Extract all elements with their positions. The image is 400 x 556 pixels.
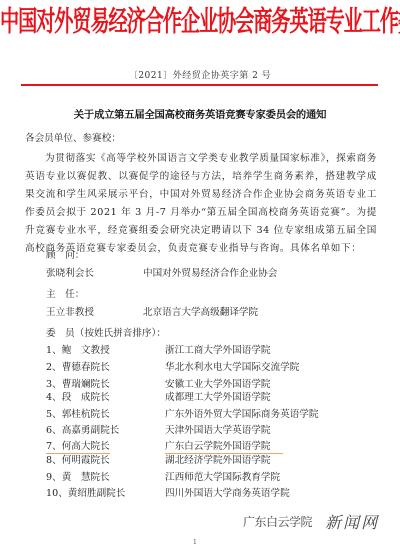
member-org: 成都理工大学外国语学院 <box>165 392 271 404</box>
watermark: 广东白云学院 新闻网 <box>243 510 379 533</box>
member-org: 广东外语外贸大学国际商务英语学院 <box>165 409 319 421</box>
member-org: 江西师范大学国际教育学院 <box>165 472 280 484</box>
member-name: 9、黄 慧院长 <box>46 472 110 484</box>
page-number: 1 <box>193 539 197 546</box>
watermark-news: 新闻网 <box>325 513 379 532</box>
member-name: 8、何明霞院长 <box>46 455 110 467</box>
member-org: 四川外国语大学商务英语学院 <box>165 488 290 500</box>
member-org: 天津外国语大学英语学院 <box>165 425 271 437</box>
member-name: 3、曹瑞斓院长 <box>46 379 110 391</box>
member-name: 4、段 成院长 <box>46 392 110 404</box>
member-name: 6、高嘉勇副院长 <box>46 425 119 437</box>
notice-title: 关于成立第五届全国高校商务英语竞赛专家委员会的通知 <box>0 106 400 121</box>
red-divider <box>21 84 378 86</box>
member-name-highlighted: 7、何高大院长 <box>46 441 110 453</box>
document-number: 〔2021〕外经贸企协英字第 2 号 <box>0 68 400 81</box>
director-name: 王立非教授 <box>46 307 94 319</box>
member-org: 安徽工业大学外国语学院 <box>165 379 271 391</box>
notice-body: 为贯彻落实《高等学校外国语言文学类专业教学质量国家标准》，探索商务英语专业以赛促… <box>25 150 377 258</box>
member-org: 湖北经济学院外国语学院 <box>165 455 271 467</box>
advisor-name: 张晓利会长 <box>46 268 94 280</box>
director-org: 北京语言大学高级翻译学院 <box>143 307 258 319</box>
member-org-highlighted: 广东白云学院外国语学院 <box>165 441 283 453</box>
member-name: 5、郭桂杭院长 <box>46 409 110 421</box>
member-name: 10、黄绍胜副院长 <box>46 488 125 500</box>
member-name: 1、鲍 文教授 <box>46 345 110 357</box>
watermark-school: 广东白云学院 <box>243 515 312 529</box>
members-heading: 委 员（按姓氏拼音排序）： <box>46 328 166 340</box>
highlighted-name: 7、何高大院长 <box>46 441 110 454</box>
member-org: 浙江工商大学外国语学院 <box>165 345 271 357</box>
director-heading: 主 任： <box>46 289 84 301</box>
highlighted-org: 广东白云学院外国语学院 <box>165 441 283 454</box>
member-org: 华北水利水电大学国际交流学院 <box>165 362 299 374</box>
salutation: 各会员单位、参赛校： <box>25 130 121 144</box>
advisor-org: 中国对外贸易经济合作企业协会 <box>143 268 277 280</box>
advisor-heading: 顾 问： <box>46 250 84 262</box>
masthead-title: 中国对外贸易经济合作企业协会商务英语专业工作委员会 <box>0 6 400 38</box>
member-name: 2、曹德春院长 <box>46 362 110 374</box>
